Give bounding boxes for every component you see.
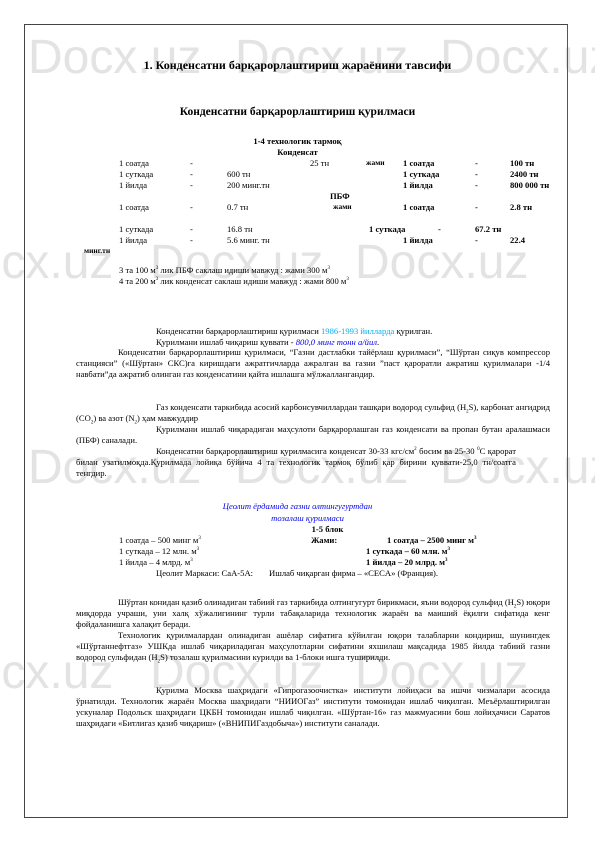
line-heading: 1-4 технологик тармоқ [0,136,595,146]
dash: - [475,169,478,179]
period-label: 1 суткада [119,224,153,234]
capacity-value: 800,0 минг тонн а/йил [296,337,377,347]
zeolite-total: 1 соатда – 2500 минг м3 [387,535,476,545]
total-label: жами [366,158,385,168]
dash: - [475,235,478,245]
dash: - [190,202,193,212]
total-period: 1 йилда [403,235,433,245]
built-line: Конденсатни барқарорлаштириш қурилмаси 1… [156,326,432,336]
total-value: 2.8 тн [510,202,532,212]
total-value: 800 000 тн [510,180,549,190]
total-label: жами [333,202,352,212]
total-value: 22.4 [510,235,525,245]
zeolite-total-label: Жами: [311,535,337,545]
zeolite-rate: 1 йилда – 4 млрд. м3 [119,557,193,567]
dash: - [190,235,193,245]
paragraph: Конденсатни барқарорлаштириш қурилмаси, … [76,347,550,380]
pbf-label: ПБФ [330,191,350,201]
total-value: 100 тн [510,158,534,168]
value: 600 тн [227,169,250,179]
dash: - [190,224,193,234]
zeolite-maker: Ишлаб чиқарган фирма – «CECA» (Франция). [269,568,438,578]
value: 0.7 тн [227,202,248,212]
period-label: 1 йилда [119,180,147,190]
storage-condensate: 4 та 200 м3 лик конденсат саклаш идиши м… [119,276,349,286]
section-title: 1. Конденсатни барқарорлаштириш жараёнин… [0,58,595,73]
paragraph: Технологик қурилмалардан олинадиган ашёл… [76,630,550,663]
dash: - [438,224,441,234]
paragraph: Шўртан конидан қазиб олинадиган табиий г… [76,597,550,630]
storage-pbf: 3 та 100 м3 лик ПБФ саклаш идиши мавжуд … [119,265,330,275]
paragraph: Конденсатни барқарорлаштириш қурилмасига… [76,446,516,479]
dash: - [190,180,193,190]
value: 200 минг.тн [227,180,270,190]
value: 5.6 минг. тн [227,235,270,245]
dash: - [475,180,478,190]
paragraph: Қурилмани ишлаб чиқарадиган маҳсулоти ба… [76,424,550,446]
zeolite-title: Цеолит ёрдамида газни олтингугуртдан [0,501,595,511]
total-period: 1 суткада [403,169,439,179]
condensate-label: Конденсат [0,147,595,157]
capacity-line: Қурилмани ишлаб чиқариш қуввати - 800,0 … [156,337,379,347]
value: 25 тн [310,158,329,168]
value: 16.8 тн [227,224,253,234]
total-period: 1 соатда [403,202,434,212]
total-period: 1 соатда [403,158,434,168]
paragraph: Қурилма Москва шаҳридаги «Гипрогазоочист… [76,685,550,729]
subsection-title: Конденсатни барқарорлаштириш қурилмаси [0,106,595,118]
built-years: 1986-1993 йилларда [321,326,394,336]
period-label: 1 соатда [119,202,149,212]
dash: - [475,202,478,212]
total-period: 1 суткада [369,224,405,234]
zeolite-brand: Цеолит Маркаси: CaA-5A: [156,568,253,578]
total-period: 1 йилда [403,180,433,190]
total-value: 67.2 тн [475,224,501,234]
zeolite-total: 1 суткада – 60 млн. м3 [366,546,450,556]
zeolite-rate: 1 суткада – 12 млн. м3 [119,546,199,556]
zeolite-block: 1-5 блок [0,524,595,534]
dash: - [190,158,193,168]
period-label: 1 соатда [119,158,149,168]
dash: - [475,158,478,168]
zeolite-title: тозалаш қурилмаси [0,513,595,523]
total-value-wrap: минг.тн [84,246,110,256]
paragraph: Газ конденсати таркибида асосий карбонсу… [76,402,550,424]
period-label: 1 йилда [119,235,147,245]
zeolite-rate: 1 соатда – 500 минг м3 [119,535,201,545]
total-value: 2400 тн [510,169,539,179]
zeolite-total: 1 йилда – 20 млрд. м3 [366,557,448,567]
dash: - [190,169,193,179]
period-label: 1 суткада [119,169,153,179]
